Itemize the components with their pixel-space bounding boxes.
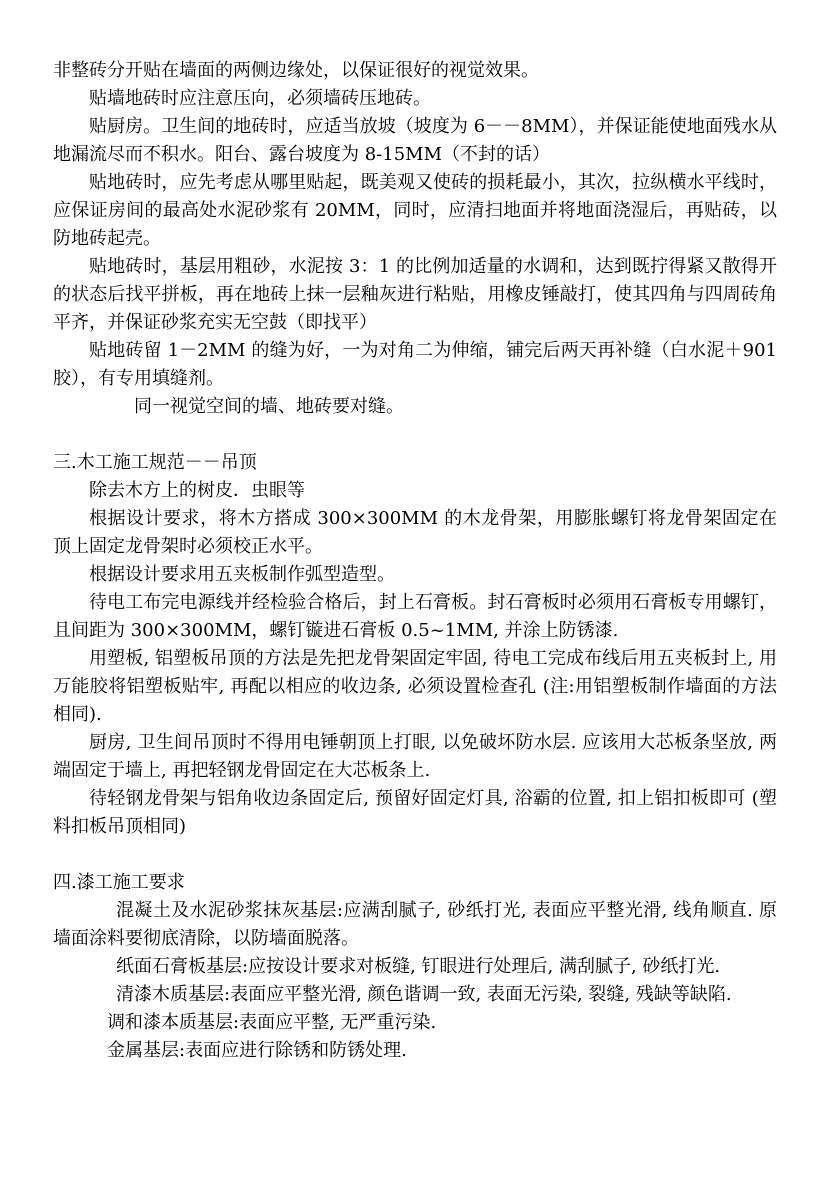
paragraph: 非整砖分开贴在墙面的两侧边缘处，以保证很好的视觉效果。 (53, 57, 777, 85)
paragraph: 混凝土及水泥砂浆抹灰基层:应满刮腻子, 砂纸打光, 表面应平整光滑, 线角顺直.… (53, 897, 777, 953)
paragraph: 纸面石膏板基层:应按设计要求对板缝, 钉眼进行处理后, 满刮腻子, 砂纸打光. (53, 953, 777, 981)
paragraph: 根据设计要求，将木方搭成 300×300MM 的木龙骨架，用膨胀螺钉将龙骨架固定… (53, 505, 777, 561)
paragraph: 待电工布完电源线并经检验合格后，封上石膏板。封石膏板时必须用石膏板专用螺钉，且间… (53, 589, 777, 645)
paragraph: 贴地砖留 1－2MM 的缝为好，一为对角二为伸缩，铺完后两天再补缝（白水泥＋90… (53, 337, 777, 393)
paragraph: 除去木方上的树皮．虫眼等 (53, 477, 777, 505)
paragraph: 贴厨房。卫生间的地砖时，应适当放坡（坡度为 6－－8MM），并保证能使地面残水从… (53, 113, 777, 169)
section: 四.漆工施工要求混凝土及水泥砂浆抹灰基层:应满刮腻子, 砂纸打光, 表面应平整光… (53, 869, 777, 1065)
section: 非整砖分开贴在墙面的两侧边缘处，以保证很好的视觉效果。贴墙地砖时应注意压向，必须… (53, 57, 777, 421)
section-heading: 四.漆工施工要求 (53, 869, 777, 897)
paragraph: 调和漆本质基层:表面应平整, 无严重污染. (53, 1009, 777, 1037)
paragraph: 同一视觉空间的墙、地砖要对缝。 (53, 393, 777, 421)
document-page: 非整砖分开贴在墙面的两侧边缘处，以保证很好的视觉效果。贴墙地砖时应注意压向，必须… (0, 0, 823, 1204)
paragraph: 贴墙地砖时应注意压向，必须墙砖压地砖。 (53, 85, 777, 113)
paragraph: 金属基层:表面应进行除锈和防锈处理. (53, 1037, 777, 1065)
paragraph: 厨房, 卫生间吊顶时不得用电锤朝顶上打眼, 以免破坏防水层. 应该用大芯板条坚放… (53, 729, 777, 785)
paragraph: 待轻钢龙骨架与铝角收边条固定后, 预留好固定灯具, 浴霸的位置, 扣上铝扣板即可… (53, 785, 777, 841)
document-body: 非整砖分开贴在墙面的两侧边缘处，以保证很好的视觉效果。贴墙地砖时应注意压向，必须… (53, 57, 777, 1065)
paragraph: 贴地砖时，应先考虑从哪里贴起，既美观又使砖的损耗最小，其次，拉纵横水平线时，应保… (53, 169, 777, 253)
paragraph: 根据设计要求用五夹板制作弧型造型。 (53, 561, 777, 589)
paragraph: 用塑板, 铝塑板吊顶的方法是先把龙骨架固定牢固, 待电工完成布线后用五夹板封上,… (53, 645, 777, 729)
section-heading: 三.木工施工规范－－吊顶 (53, 449, 777, 477)
section: 三.木工施工规范－－吊顶除去木方上的树皮．虫眼等根据设计要求，将木方搭成 300… (53, 449, 777, 841)
paragraph: 贴地砖时，基层用粗砂，水泥按 3：1 的比例加适量的水调和，达到既拧得紧又散得开… (53, 253, 777, 337)
paragraph: 清漆木质基层:表面应平整光滑, 颜色谐调一致, 表面无污染, 裂缝, 残缺等缺陷… (53, 981, 777, 1009)
